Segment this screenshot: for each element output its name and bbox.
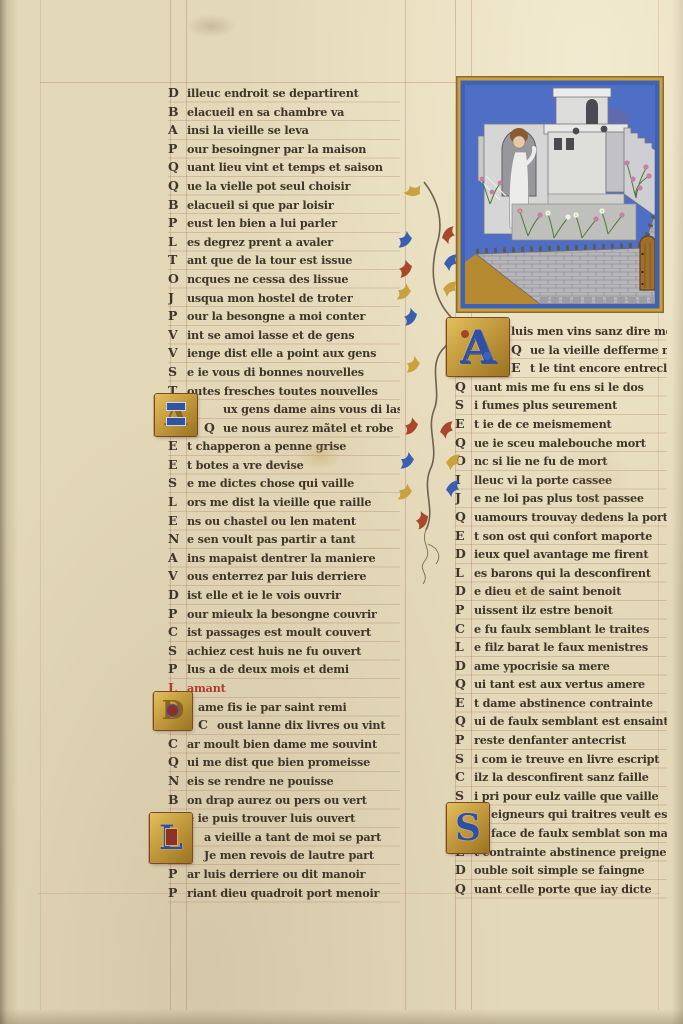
arched-window xyxy=(586,99,598,124)
verse-text: ant que de la tour est issue xyxy=(187,253,352,267)
verse-text: ous enterrez par luis derriere xyxy=(187,569,366,583)
verse-text: illeuc endroit se departirent xyxy=(187,86,359,100)
window xyxy=(554,138,562,150)
verse-line: Quamours trouvay dedens la porte xyxy=(455,508,667,527)
versal-capital: Q xyxy=(168,177,181,196)
versal-capital: S xyxy=(168,474,181,493)
verse-text: t ie de ce meismement xyxy=(474,417,612,431)
verse-line: Coust lanne dix livres ou vint xyxy=(168,716,400,735)
verse-text: t botes a vre devise xyxy=(187,458,303,472)
verse-line: Peust len bien a lui parler xyxy=(168,214,400,233)
verse-text: ame ypocrisie sa mere xyxy=(474,659,610,673)
verse-text: lus a de deux mois et demi xyxy=(187,662,349,676)
verse-line: Qui tant est aux vertus amere xyxy=(455,675,667,694)
versal-capital: P xyxy=(455,601,468,620)
verse-line: Car moult bien dame me souvint xyxy=(168,735,400,754)
verse-line: Que nous aurez mãtel et robe xyxy=(168,419,400,438)
verse-text: ux gens dame ains vous di lasle xyxy=(223,402,400,416)
verse-text: e filz barat le faux menistres xyxy=(474,640,648,654)
verse-text: face de faulx semblat son mai xyxy=(491,826,667,840)
versal-capital: N xyxy=(168,530,181,549)
versal-capital: D xyxy=(168,586,181,605)
verse-text: outes fresches toutes nouvelles xyxy=(187,384,378,398)
verse-text: elacueil en sa chambre va xyxy=(187,105,344,119)
verse-line: Par luis derriere ou dit manoir xyxy=(168,865,400,884)
verse-text: uant lieu vint et temps et saison xyxy=(187,160,383,174)
initial-roundel xyxy=(166,704,179,717)
verse-text: i pri pour eulz vaille que vaille xyxy=(474,789,658,803)
round-window xyxy=(601,126,608,133)
illuminated-initial-d: D xyxy=(154,692,192,730)
versal-capital: V xyxy=(168,344,181,363)
verse-line: ux gens dame ains vous di lasle xyxy=(168,400,400,419)
verse-line: Tant que de la tour est issue xyxy=(168,251,400,270)
versal-capital: V xyxy=(168,326,181,345)
ruling-line-vertical xyxy=(40,0,41,1010)
initial-letter: S xyxy=(455,807,481,849)
initial-blue-panel xyxy=(166,417,186,426)
verse-line: Et dame abstinence contrainte xyxy=(455,694,667,713)
versal-capital: V xyxy=(168,567,181,586)
miniature-figure-in-castle xyxy=(456,76,664,313)
verse-text: ue la vieille defferme mot xyxy=(530,343,667,357)
verse-text: ui me dist que bien promeisse xyxy=(187,755,370,769)
verse-line: Pour mieulx la besongne couvrir xyxy=(168,605,400,624)
versal-capital: Q xyxy=(168,158,181,177)
verse-line: Oncques ne cessa des lissue xyxy=(168,270,400,289)
verse-text: our la besongne a moi conter xyxy=(187,309,365,323)
versal-capital: Q xyxy=(168,753,181,772)
initial-ornament xyxy=(461,330,469,338)
verse-line: Bon drap aurez ou pers ou vert xyxy=(168,791,400,810)
verse-text: t dame abstinence contrainte xyxy=(474,696,653,710)
verse-text: es degrez prent a avaler xyxy=(187,235,333,249)
versal-capital: Q xyxy=(455,712,468,731)
versal-capital: E xyxy=(455,694,468,713)
versal-capital: E xyxy=(168,437,181,456)
verse-text: amant xyxy=(187,681,226,695)
versal-capital: L xyxy=(168,233,181,252)
verse-line: Que ie sceu malebouche mort xyxy=(455,434,667,453)
verse-line: Pour la besongne a moi conter xyxy=(168,307,400,326)
verse-text: our besoingner par la maison xyxy=(187,142,366,156)
verse-text: a vieille a tant de moi se part xyxy=(204,830,381,844)
verse-line: Et botes a vre devise xyxy=(168,456,400,475)
verse-line: Quant mis me fu ens si le dos xyxy=(455,378,667,397)
versal-capital: P xyxy=(168,605,181,624)
verse-line: Vint se amoi lasse et de gens xyxy=(168,326,400,345)
verse-line: Double soit simple se faingne xyxy=(455,861,667,880)
versal-capital: C xyxy=(455,768,468,787)
versal-capital: Q xyxy=(455,880,468,899)
versal-capital: N xyxy=(168,772,181,791)
verse-line: Que la vielle pot seul choisir xyxy=(168,177,400,196)
window xyxy=(566,138,574,150)
versal-capital: B xyxy=(168,196,181,215)
parchment-stain xyxy=(500,580,556,612)
versal-capital: T xyxy=(168,251,181,270)
verse-text: uant celle porte que iay dicte xyxy=(474,882,651,896)
verse-line: Se ie puis trouver luis ouvert xyxy=(168,809,400,828)
verse-text: e me dictes chose qui vaille xyxy=(187,476,354,490)
parchment-stain xyxy=(560,430,630,550)
verse-line: Et chapperon a penne grise xyxy=(168,437,400,456)
verse-line: Cist passages est moult couvert xyxy=(168,623,400,642)
versal-capital: P xyxy=(168,307,181,326)
versal-capital: C xyxy=(168,623,181,642)
verse-line: Se me dictes chose qui vaille xyxy=(168,474,400,493)
initial-red-panel xyxy=(165,828,178,846)
verse-line: Ains mapaist dentrer la maniere xyxy=(168,549,400,568)
verse-line: Onc si lie ne fu de mort xyxy=(455,452,667,471)
verse-text: ame fis ie par saint remi xyxy=(198,700,347,714)
verse-text: luis men vins sanz dire mot xyxy=(511,324,667,338)
verse-text: ar luis derriere ou dit manoir xyxy=(187,867,365,881)
verse-text: eigneurs qui traitres veult estre xyxy=(491,807,667,821)
initial-blue-panel xyxy=(166,402,186,411)
versal-capital: S xyxy=(168,363,181,382)
verse-text: i com ie treuve en livre escript xyxy=(474,752,659,766)
verse-text: insi la vieille se leva xyxy=(187,123,309,137)
verse-text: t le tint encore entreclos xyxy=(530,361,667,375)
versal-capital: B xyxy=(168,791,181,810)
verse-line: Dist elle et ie le vois ouvrir xyxy=(168,586,400,605)
verse-line: Ce fu faulx semblant le traites xyxy=(455,620,667,639)
verse-text: e ie vous di bonnes nouvelles xyxy=(187,365,364,379)
verse-text: ouble soit simple se faingne xyxy=(474,863,644,877)
versal-capital: B xyxy=(168,103,181,122)
initial-ornament xyxy=(483,352,491,360)
verse-line: Sachiez cest huis ne fu ouvert xyxy=(168,642,400,661)
verse-text: ienge dist elle a point aux gens xyxy=(187,346,376,360)
round-window xyxy=(573,128,580,135)
versal-capital: C xyxy=(455,620,468,639)
verse-line: Ne sen voult pas partir a tant xyxy=(168,530,400,549)
verse-line: Le filz barat le faux menistres xyxy=(455,638,667,657)
verse-text: t son ost qui confort maporte xyxy=(474,529,652,543)
verse-text: t contrainte abstinence preigne xyxy=(474,845,666,859)
verse-line: Toutes fresches toutes nouvelles xyxy=(168,382,400,401)
verse-line: De dieu et de saint benoit xyxy=(455,582,667,601)
versal-capital: S xyxy=(455,750,468,769)
versal-capital: D xyxy=(455,861,468,880)
versal-capital: C xyxy=(168,735,181,754)
verse-line: Quant lieu vint et temps et saison xyxy=(168,158,400,177)
verse-line: Lamant xyxy=(168,679,400,698)
versal-capital: C xyxy=(198,716,211,735)
verse-line: Dame ypocrisie sa mere xyxy=(455,657,667,676)
illuminated-initial-s: S xyxy=(447,803,489,853)
verse-text: e sen voult pas partir a tant xyxy=(187,532,355,546)
versal-capital: D xyxy=(455,657,468,676)
verse-line: Belacueil si que par loisir xyxy=(168,196,400,215)
verse-line: Lors me dist la vieille que raille xyxy=(168,493,400,512)
versal-capital: P xyxy=(168,660,181,679)
verse-line: Priant dieu quadroit port menoir xyxy=(168,884,400,903)
verse-line: Quant celle porte que iay dicte xyxy=(455,880,667,899)
versal-capital: L xyxy=(168,493,181,512)
verse-line: Dilleuc endroit se departirent xyxy=(168,84,400,103)
verse-line: Ens ou chastel ou len matent xyxy=(168,512,400,531)
verse-line: Ainsi la vieille se leva xyxy=(168,121,400,140)
verse-line: Si com ie treuve en livre escript xyxy=(455,750,667,769)
verse-text: ue nous aurez mãtel et robe xyxy=(223,421,393,435)
versal-capital: P xyxy=(168,884,181,903)
versal-capital: P xyxy=(168,865,181,884)
verse-text: usqua mon hostel de troter xyxy=(187,291,353,305)
versal-capital: A xyxy=(168,549,181,568)
illuminated-initial-a-historiated: A xyxy=(447,318,509,376)
verse-line: Pour besoingner par la maison xyxy=(168,140,400,159)
verse-text: our mieulx la besongne couvrir xyxy=(187,607,377,621)
illuminated-initial-l: L xyxy=(150,813,192,863)
verse-text: reste denfanter antecrist xyxy=(474,733,626,747)
versal-capital: D xyxy=(168,84,181,103)
versal-capital: P xyxy=(455,731,468,750)
verse-text: achiez cest huis ne fu ouvert xyxy=(187,644,361,658)
verse-line: Vous enterrez par luis derriere xyxy=(168,567,400,586)
text-column-left: Dilleuc endroit se departirent Belacueil… xyxy=(168,84,400,904)
manuscript-page: Dilleuc endroit se departirent Belacueil… xyxy=(0,0,683,1024)
verse-text: ieux quel avantage me firent xyxy=(474,547,648,561)
vine-penwork-flourish xyxy=(422,530,439,584)
verse-line: Les degrez prent a avaler xyxy=(168,233,400,252)
illuminated-initial-a: A xyxy=(155,394,197,436)
verse-line: Et son ost qui confort maporte xyxy=(455,527,667,546)
verse-text: e ie puis trouver luis ouvert xyxy=(187,811,355,825)
verse-line: Plus a de deux mois et demi xyxy=(168,660,400,679)
verse-line: Qui de faulx semblant est ensainte xyxy=(455,712,667,731)
versal-capital: A xyxy=(168,121,181,140)
verse-text: i fumes plus seurement xyxy=(474,398,617,412)
verse-line: Se ie vous di bonnes nouvelles xyxy=(168,363,400,382)
verse-text: elacueil si que par loisir xyxy=(187,198,334,212)
verse-line: Qui me dist que bien promeisse xyxy=(168,753,400,772)
verse-line: Les barons qui la desconfirent xyxy=(455,564,667,583)
verse-text: ui de faulx semblant est ensainte xyxy=(474,714,667,728)
versal-capital: P xyxy=(168,214,181,233)
verse-text: ncques ne cessa des lissue xyxy=(187,272,348,286)
verse-text: ist elle et ie le vois ouvrir xyxy=(187,588,341,602)
verse-line: Et ie de ce meismement xyxy=(455,415,667,434)
parchment-stain xyxy=(186,14,236,38)
verse-text: ns ou chastel ou len matent xyxy=(187,514,356,528)
initial-letter: A xyxy=(460,320,496,374)
verse-line: a vieille a tant de moi se part xyxy=(168,828,400,847)
verse-text: e fu faulx semblant le traites xyxy=(474,622,649,636)
parchment-stain xyxy=(298,442,342,470)
verse-text: ilz la desconfirent sanz faille xyxy=(474,770,649,784)
verse-text: ist passages est moult couvert xyxy=(187,625,371,639)
versal-capital: Q xyxy=(511,341,524,360)
verse-line: Je men revois de lautre part xyxy=(168,846,400,865)
verse-text: ue la vielle pot seul choisir xyxy=(187,179,350,193)
verse-text: uant mis me fu ens si le dos xyxy=(474,380,644,394)
verse-text: ins mapaist dentrer la maniere xyxy=(187,551,375,565)
versal-capital: O xyxy=(168,270,181,289)
verse-line: Dieux quel avantage me firent xyxy=(455,545,667,564)
verse-text: oust lanne dix livres ou vint xyxy=(217,718,385,732)
verse-text: ui tant est aux vertus amere xyxy=(474,677,645,691)
verse-line: Puissent ilz estre benoit xyxy=(455,601,667,620)
verse-text: int se amoi lasse et de gens xyxy=(187,328,354,342)
versal-capital: S xyxy=(168,642,181,661)
verse-text: riant dieu quadroit port menoir xyxy=(187,886,379,900)
verse-text: ar moult bien dame me souvint xyxy=(187,737,377,751)
verse-text: Je men revois de lautre part xyxy=(204,848,374,862)
verse-line: Jusqua mon hostel de troter xyxy=(168,289,400,308)
versal-capital: Q xyxy=(455,675,468,694)
versal-capital: Q xyxy=(204,419,217,438)
verse-text: ors me dist la vieille que raille xyxy=(187,495,371,509)
versal-capital: E xyxy=(168,456,181,475)
verse-text: on drap aurez ou pers ou vert xyxy=(187,793,367,807)
verse-text: es barons qui la desconfirent xyxy=(474,566,651,580)
verse-text: eis se rendre ne pouisse xyxy=(187,774,333,788)
versal-capital: L xyxy=(455,638,468,657)
verse-line: Cilz la desconfirent sanz faille xyxy=(455,768,667,787)
verse-line: Vienge dist elle a point aux gens xyxy=(168,344,400,363)
versal-capital: J xyxy=(168,289,181,308)
verse-text: eust len bien a lui parler xyxy=(187,216,337,230)
verse-line: ame fis ie par saint remi xyxy=(168,698,400,717)
castle-door xyxy=(640,236,655,290)
versal-capital: P xyxy=(168,140,181,159)
versal-capital: E xyxy=(511,359,524,378)
verse-line: Belacueil en sa chambre va xyxy=(168,103,400,122)
versal-capital: E xyxy=(168,512,181,531)
verse-line: Si fumes plus seurement xyxy=(455,396,667,415)
verse-line: Preste denfanter antecrist xyxy=(455,731,667,750)
verse-line: Neis se rendre ne pouisse xyxy=(168,772,400,791)
